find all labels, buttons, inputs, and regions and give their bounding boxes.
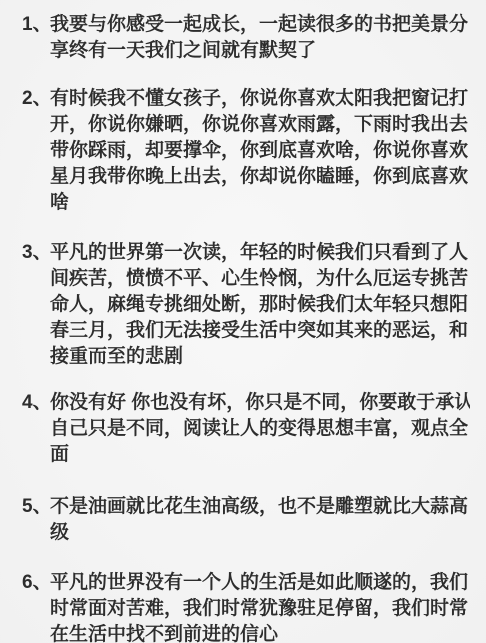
text-line: 有时候我不懂女孩子，你说你喜欢太阳我把窗记打 [50, 86, 470, 112]
item-number: 4、 [22, 390, 50, 416]
item-text: 你没有好 你也没有坏，你只是不同，你要敢于承认自己只是不同，阅读让人的变得思想丰… [50, 390, 470, 468]
list-item: 2、有时候我不懂女孩子，你说你喜欢太阳我把窗记打开，你说你嫌晒，你说你喜欢雨露，… [22, 86, 470, 216]
item-number: 1、 [22, 12, 50, 38]
text-line: 间疾苦，愤愤不平、心生怜悯，为什么厄运专挑苦 [50, 266, 470, 292]
text-line: 你没有好 你也没有坏，你只是不同，你要敢于承认 [50, 390, 470, 416]
quote-page: 1、我要与你感受一起成长，一起读很多的书把美景分享终有一天我们之间就有默契了2、… [0, 0, 486, 643]
text-line: 平凡的世界第一次读，年轻的时候我们只看到了人 [50, 240, 470, 266]
text-line: 自己只是不同，阅读让人的变得思想丰富，观点全 [50, 416, 470, 442]
text-line: 开，你说你嫌晒，你说你喜欢雨露，下雨时我出去 [50, 112, 470, 138]
list-item: 1、我要与你感受一起成长，一起读很多的书把美景分享终有一天我们之间就有默契了 [22, 12, 470, 64]
text-line: 我要与你感受一起成长，一起读很多的书把美景分 [50, 12, 470, 38]
item-text: 平凡的世界没有一个人的生活是如此顺遂的，我们时常面对苦难，我们时常犹豫驻足停留，… [50, 570, 470, 643]
text-line: 接重而至的悲剧 [50, 344, 470, 370]
list-item: 3、平凡的世界第一次读，年轻的时候我们只看到了人间疾苦，愤愤不平、心生怜悯，为什… [22, 240, 470, 370]
item-number: 3、 [22, 240, 50, 266]
text-line: 啥 [50, 190, 470, 216]
item-number: 2、 [22, 86, 50, 112]
text-line: 带你踩雨，却要撑伞，你到底喜欢啥，你说你喜欢 [50, 138, 470, 164]
text-line: 在生活中找不到前进的信心 [50, 622, 470, 643]
text-line: 时常面对苦难，我们时常犹豫驻足停留，我们时常 [50, 596, 470, 622]
item-text: 有时候我不懂女孩子，你说你喜欢太阳我把窗记打开，你说你嫌晒，你说你喜欢雨露，下雨… [50, 86, 470, 216]
item-text: 不是油画就比花生油高级，也不是雕塑就比大蒜高级 [50, 494, 470, 546]
text-line: 级 [50, 520, 470, 546]
text-line: 平凡的世界没有一个人的生活是如此顺遂的，我们 [50, 570, 470, 596]
text-line: 春三月，我们无法接受生活中突如其来的恶运，和 [50, 318, 470, 344]
list-item: 4、你没有好 你也没有坏，你只是不同，你要敢于承认自己只是不同，阅读让人的变得思… [22, 390, 470, 468]
list-item: 5、不是油画就比花生油高级，也不是雕塑就比大蒜高级 [22, 494, 470, 546]
text-line: 面 [50, 442, 470, 468]
item-text: 平凡的世界第一次读，年轻的时候我们只看到了人间疾苦，愤愤不平、心生怜悯，为什么厄… [50, 240, 470, 370]
text-line: 星月我带你晚上出去，你却说你瞌睡，你到底喜欢 [50, 164, 470, 190]
text-line: 享终有一天我们之间就有默契了 [50, 38, 470, 64]
item-text: 我要与你感受一起成长，一起读很多的书把美景分享终有一天我们之间就有默契了 [50, 12, 470, 64]
text-line: 命人，麻绳专挑细处断，那时候我们太年轻只想阳 [50, 292, 470, 318]
item-number: 6、 [22, 570, 50, 596]
item-number: 5、 [22, 494, 50, 520]
list-item: 6、平凡的世界没有一个人的生活是如此顺遂的，我们时常面对苦难，我们时常犹豫驻足停… [22, 570, 470, 643]
quote-list: 1、我要与你感受一起成长，一起读很多的书把美景分享终有一天我们之间就有默契了2、… [22, 12, 470, 643]
text-line: 不是油画就比花生油高级，也不是雕塑就比大蒜高 [50, 494, 470, 520]
